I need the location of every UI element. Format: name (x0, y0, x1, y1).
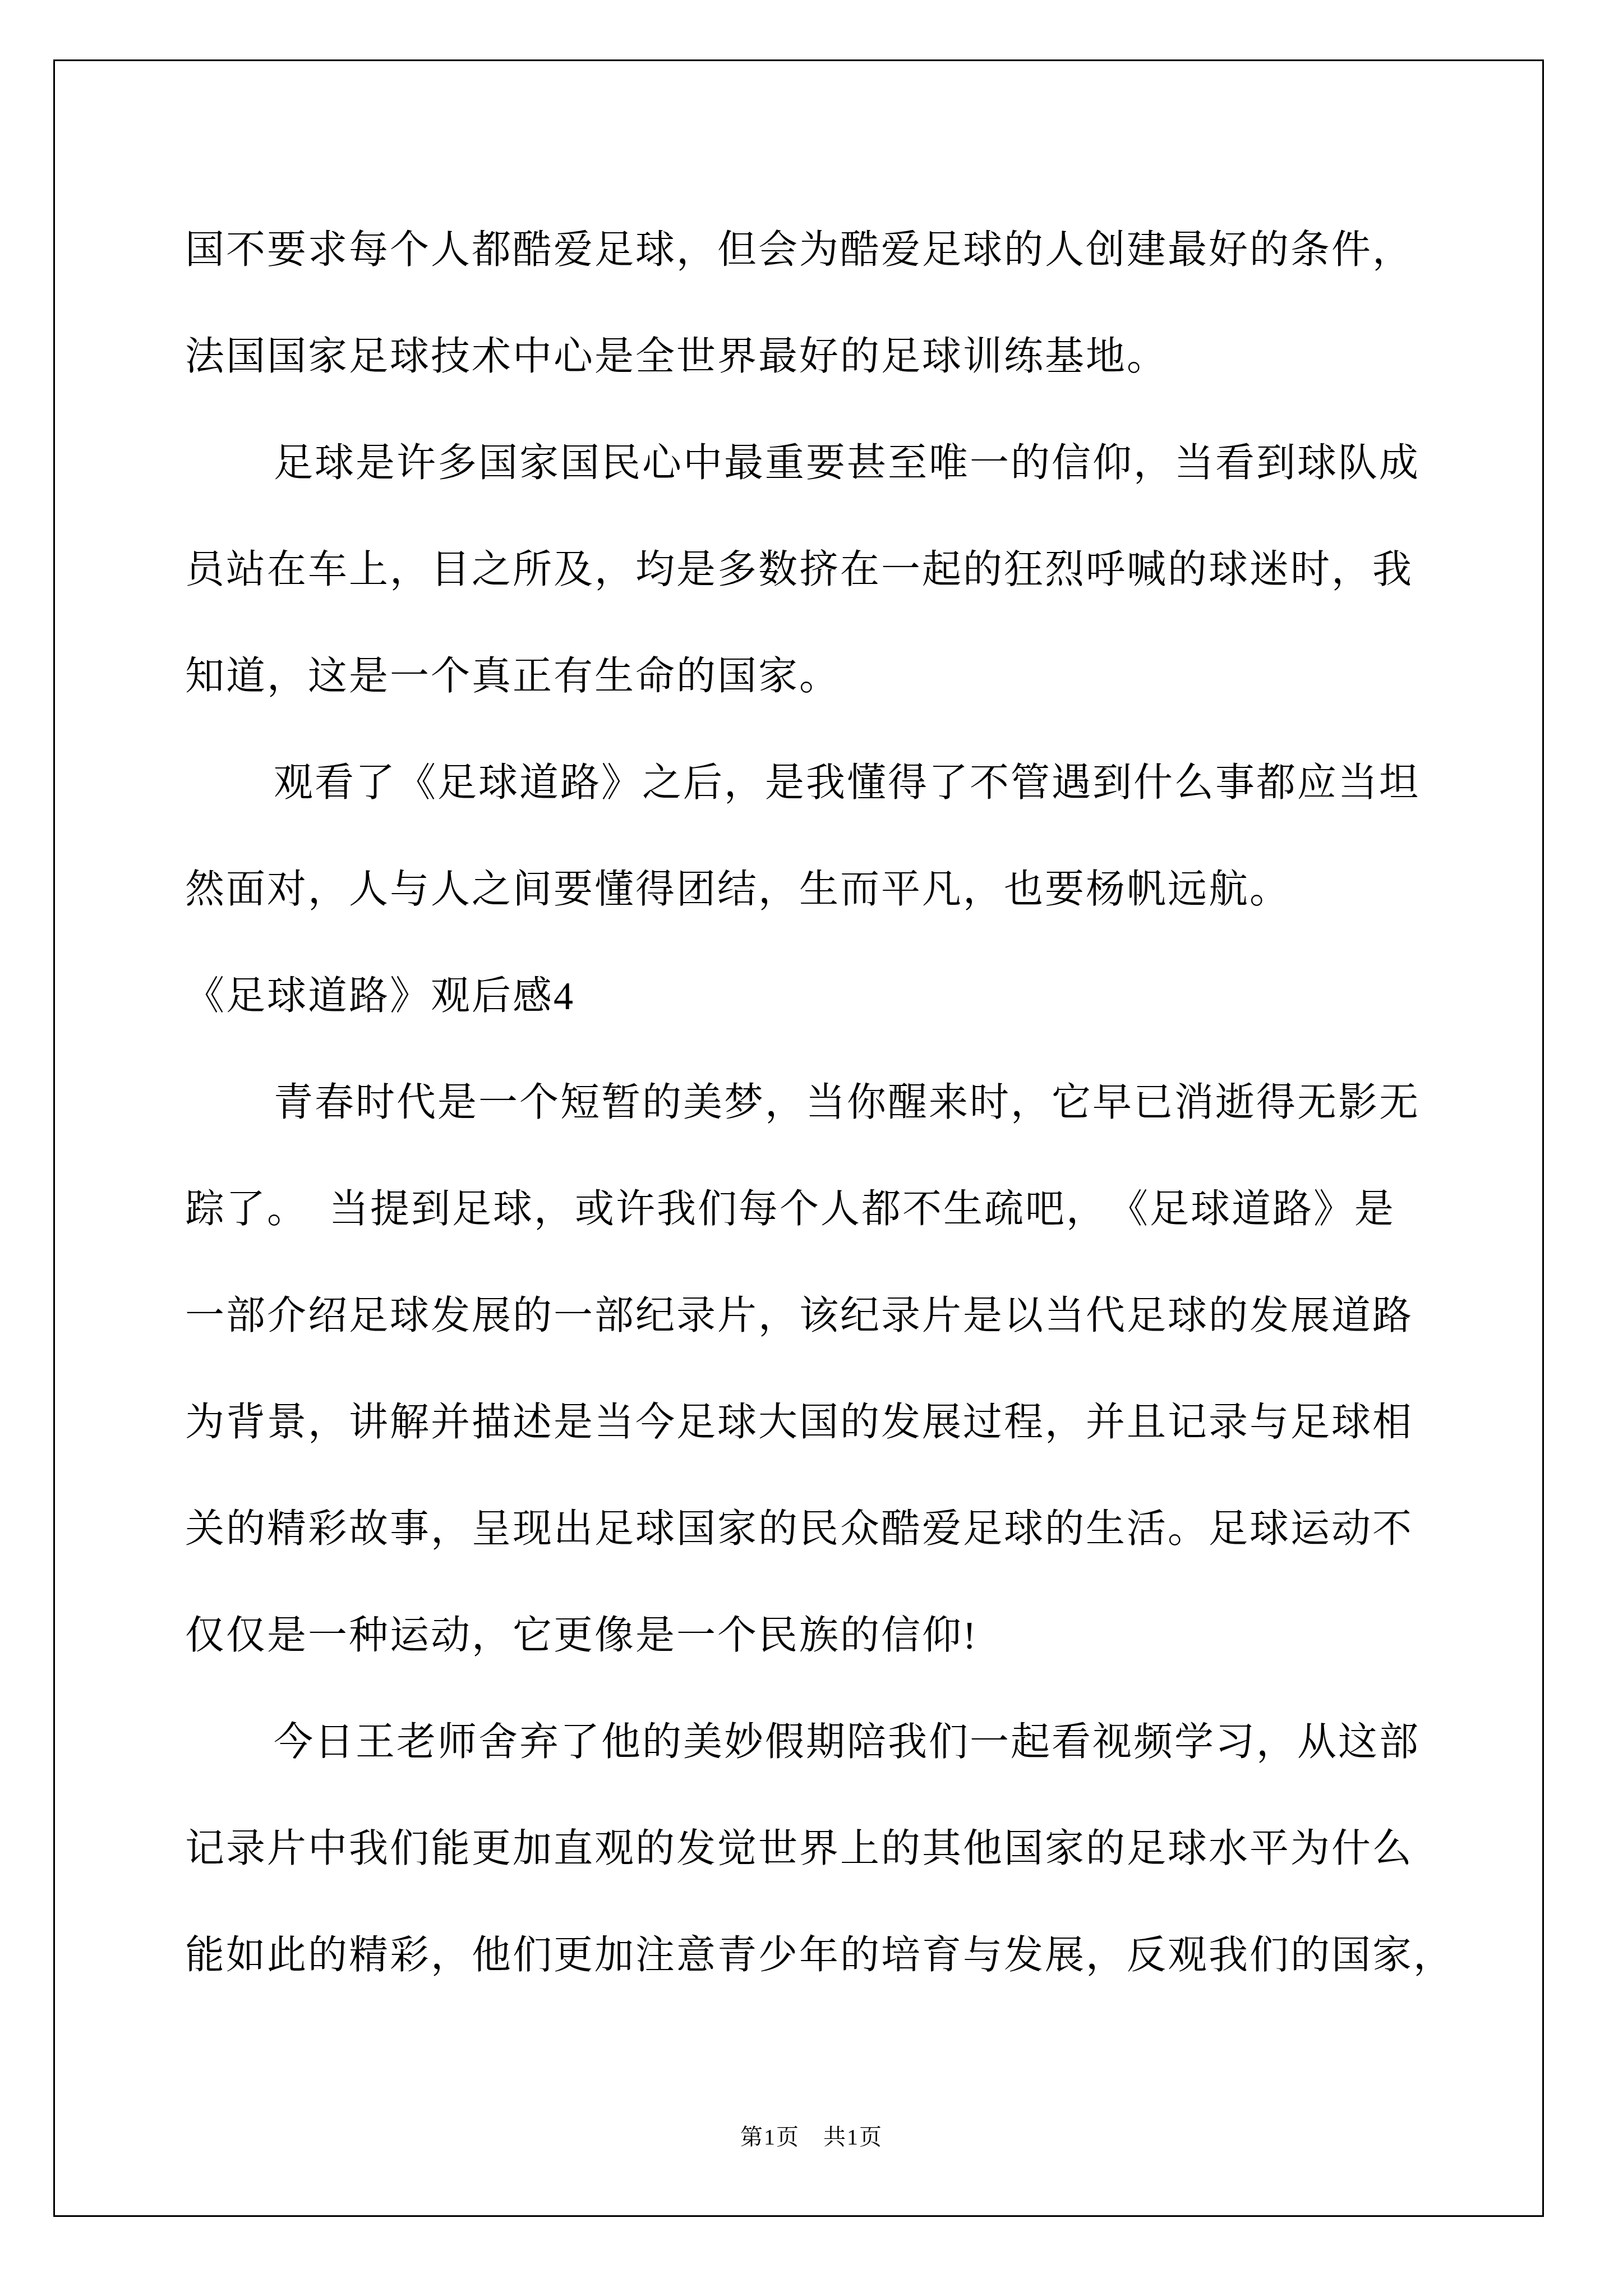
text-line: 足球是许多国家国民心中最重要甚至唯一的信仰，当看到球队成 (185, 411, 1447, 517)
text-line: 关的精彩故事，呈现出足球国家的民众酷爱足球的生活。足球运动不 (185, 1476, 1447, 1583)
document-page: 国不要求每个人都酷爱足球，但会为酷爱足球的人创建最好的条件，法国国家足球技术中心… (0, 0, 1623, 2296)
page-footer: 第1页 共1页 (0, 2120, 1623, 2154)
text-line: 青春时代是一个短暂的美梦，当你醒来时，它早已消逝得无影无 (185, 1050, 1447, 1157)
page-number-indicator: 第1页 共1页 (740, 2124, 883, 2150)
text-line: 法国国家足球技术中心是全世界最好的足球训练基地。 (185, 304, 1447, 411)
text-line: 能如此的精彩，他们更加注意青少年的培育与发展，反观我们的国家， (185, 1903, 1447, 2009)
text-line: 踪了。 当提到足球，或许我们每个人都不生疏吧， 《足球道路》是 (185, 1157, 1447, 1263)
text-line: 员站在车上，目之所及，均是多数挤在一起的狂烈呼喊的球迷时，我 (185, 517, 1447, 624)
document-text-block: 国不要求每个人都酷爱足球，但会为酷爱足球的人创建最好的条件，法国国家足球技术中心… (185, 197, 1447, 2009)
text-line: 仅仅是一种运动，它更像是一个民族的信仰! (185, 1583, 1447, 1690)
text-line: 国不要求每个人都酷爱足球，但会为酷爱足球的人创建最好的条件， (185, 197, 1447, 304)
text-line: 观看了《足球道路》之后，是我懂得了不管遇到什么事都应当坦 (185, 730, 1447, 837)
text-line: 为背景，讲解并描述是当今足球大国的发展过程，并且记录与足球相 (185, 1370, 1447, 1476)
text-line: 然面对，人与人之间要懂得团结，生而平凡，也要杨帆远航。 (185, 837, 1447, 944)
text-line: 记录片中我们能更加直观的发觉世界上的其他国家的足球水平为什么 (185, 1796, 1447, 1903)
text-line: 《足球道路》观后感4 (185, 944, 1447, 1050)
text-line: 今日王老师舍弃了他的美妙假期陪我们一起看视频学习，从这部 (185, 1690, 1447, 1796)
text-line: 知道，这是一个真正有生命的国家。 (185, 624, 1447, 730)
text-line: 一部介绍足球发展的一部纪录片，该纪录片是以当代足球的发展道路 (185, 1263, 1447, 1370)
